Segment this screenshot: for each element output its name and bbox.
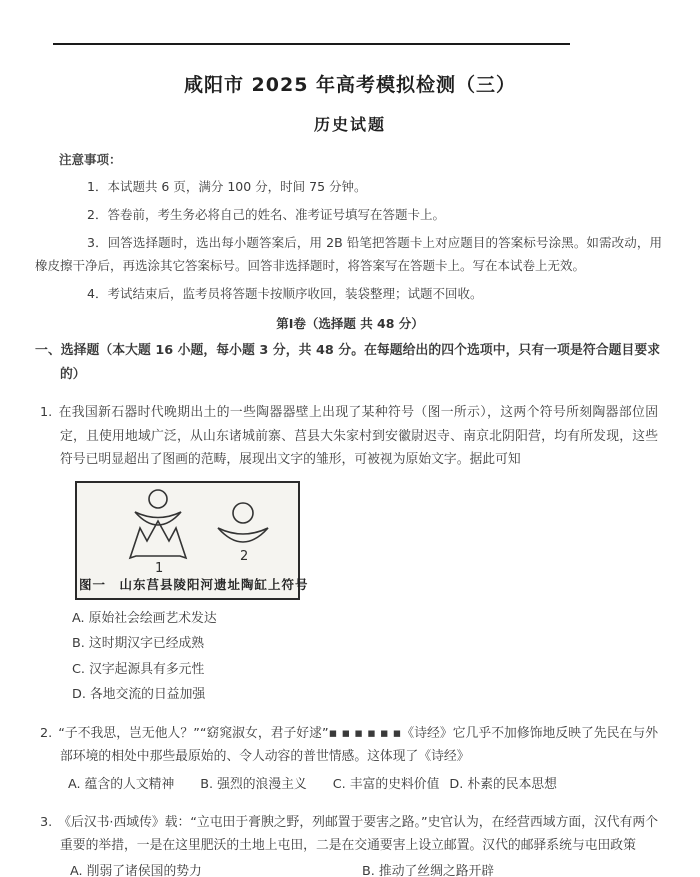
question-2: 2.“子不我思，岂无他人？”“窈窕淑女，君子好逑”▪ ▪ ▪ ▪ ▪ ▪《诗经》…	[40, 722, 658, 769]
notice-item-2: 2．答卷前，考生务必将自己的姓名、准考证号填写在答题卡上。	[35, 203, 662, 226]
q1-option-c: C. 汉字起源具有多元性	[72, 657, 700, 683]
question-1-stem: 在我国新石器时代晚期出土的一些陶器器壁上出现了某种符号（图一所示），这两个符号所…	[58, 405, 658, 467]
part-header: 第Ⅰ卷（选择题 共 48 分）	[0, 314, 700, 332]
question-3-number: 3.	[40, 815, 52, 830]
pottery-symbol-1: 1	[130, 490, 186, 574]
symbol-2-label: 2	[240, 549, 248, 564]
figure-caption: 图一 山东莒县陵阳河遗址陶缸上符号	[79, 574, 296, 596]
q3-option-b: B. 推动了丝绸之路开辟	[362, 864, 494, 877]
question-3-stem: 《后汉书·西域传》载：“立屯田于膏腴之野，列邮置于要害之路。”史官认为，在经营西…	[58, 815, 658, 854]
top-rule-divider	[53, 43, 570, 45]
pottery-symbol-2: 2	[218, 503, 268, 564]
question-2-stem: “子不我思，岂无他人？”“窈窕淑女，君子好逑”▪ ▪ ▪ ▪ ▪ ▪《诗经》它几…	[58, 726, 658, 765]
q2-option-a: A. 蕴含的人文精神	[68, 777, 174, 792]
question-3-options: A. 削弱了诸侯国的势力B. 推动了丝绸之路开辟	[70, 859, 700, 877]
exam-page: 咸阳市 2025 年高考模拟检测（三） 历史试题 注意事项： 1．本试题共 6 …	[0, 0, 700, 877]
question-2-options: A. 蕴含的人文精神B. 强烈的浪漫主义C. 丰富的史料价值D. 朴素的民本思想	[68, 772, 700, 797]
question-1: 1.在我国新石器时代晚期出土的一些陶器器壁上出现了某种符号（图一所示），这两个符…	[40, 401, 658, 472]
question-3: 3.《后汉书·西域传》载：“立屯田于膏腴之野，列邮置于要害之路。”史官认为，在经…	[40, 811, 658, 858]
figure-box: 1 2 图一 山东莒县陵阳河遗址陶缸上符号	[75, 481, 300, 600]
notice-section: 注意事项： 1．本试题共 6 页，满分 100 分，时间 75 分钟。 2．答卷…	[35, 150, 662, 305]
question-1-options: A. 原始社会绘画艺术发达 B. 这时期汉字已经成熟 C. 汉字起源具有多元性 …	[0, 606, 700, 708]
symbol-1-label: 1	[155, 561, 163, 574]
notice-item-1: 1．本试题共 6 页，满分 100 分，时间 75 分钟。	[35, 175, 662, 198]
notice-item-3: 3．回答选择题时，选出每小题答案后，用 2B 铅笔把答题卡上对应题目的答案标号涂…	[35, 231, 662, 277]
notice-item-4: 4．考试结束后，监考员将答题卡按顺序收回，装袋整理；试题不回收。	[35, 282, 662, 305]
question-2-number: 2.	[40, 726, 52, 741]
q1-option-a: A. 原始社会绘画艺术发达	[72, 606, 700, 632]
q3-option-a: A. 削弱了诸侯国的势力	[70, 859, 362, 877]
exam-title: 咸阳市 2025 年高考模拟检测（三）	[0, 70, 700, 97]
q2-option-d: D. 朴素的民本思想	[449, 777, 557, 792]
q1-option-b: B. 这时期汉字已经成熟	[72, 631, 700, 657]
pottery-symbols-drawing: 1 2	[80, 488, 296, 574]
question-1-number: 1.	[40, 405, 52, 420]
q1-option-d: D. 各地交流的日益加强	[72, 682, 700, 708]
notice-heading: 注意事项：	[59, 150, 662, 170]
section-intro: 一、选择题（本大题 16 小题，每小题 3 分，共 48 分。在每题给出的四个选…	[35, 339, 660, 387]
exam-subtitle: 历史试题	[0, 112, 700, 135]
q2-option-b: B. 强烈的浪漫主义	[200, 777, 307, 792]
q2-option-c: C. 丰富的史料价值	[333, 777, 440, 792]
